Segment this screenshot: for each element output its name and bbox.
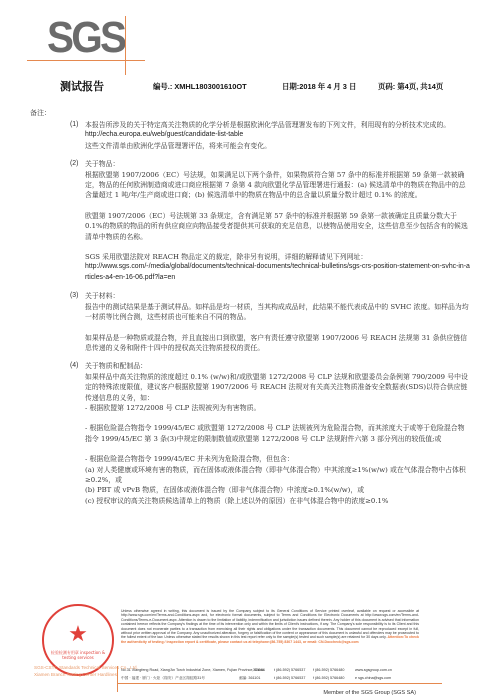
stamp-text: 检验检测专用章 inspection & testing services <box>50 650 106 660</box>
page-footer: ★ 检验检测专用章 inspection & testing services … <box>0 600 500 700</box>
item-number: (4) <box>70 361 78 371</box>
report-header: 测试报告 编号.: XMHL1803001610OT 日期:2018 年 4 月… <box>0 78 500 94</box>
sgs-position-statement-link[interactable]: http://www.sgs.com/-/media/global/docume… <box>70 262 470 283</box>
telephone-cn: t (86-592) 5766537 <box>274 676 305 680</box>
item-paragraph: (c) 授权审议的高关注物质候选清单上的物质（除上述以外的原因）在非气体混合物中… <box>70 496 470 506</box>
item-paragraph: 根据欧盟第 1907/2006（EC）号法规，如果满足以下两个条件，如果物质符合… <box>70 170 470 201</box>
report-title: 测试报告 <box>60 78 104 94</box>
item-heading: 关于物品： <box>70 159 470 169</box>
item-number: (3) <box>70 291 78 301</box>
note-item-2: (2) 关于物品： 根据欧盟第 1907/2006（EC）号法规，如果满足以下两… <box>70 159 470 283</box>
item-number: (2) <box>70 159 78 169</box>
item-heading: 关于材料： <box>70 291 470 301</box>
remark-label: 备注： <box>30 108 51 118</box>
item-paragraph: - 根据欧盟第 1272/2008 号 CLP 法规被列为有害物质。 <box>70 403 470 413</box>
item-paragraph: 本报告所涉及的关于特定高关注物质的化学分析是根据欧洲化学品管理署发布的下列文件，… <box>70 120 470 130</box>
item-paragraph: (a) 对人类健康或环境有害的物质，而在固体或液体混合物（即非气体混合物）中其浓… <box>70 465 470 486</box>
logo-vertical-rule <box>125 16 126 75</box>
note-item-4: (4) 关于物质和配制品： 如果样品中高关注物质的浓度超过 0.1% (w/w)… <box>70 361 470 506</box>
item-paragraph: - 根据危险混合物指令 1999/45/EC 或欧盟第 1272/2008 号 … <box>70 423 470 444</box>
item-number: (1) <box>70 120 78 130</box>
item-paragraph: - 根据危险混合物指令 1999/45/EC 并未列为危险混合物，但包含： <box>70 454 470 464</box>
item-paragraph: 如果样品中高关注物质的浓度超过 0.1% (w/w)和/或欧盟第 1272/20… <box>70 372 470 403</box>
report-date: 日期:2018 年 4 月 3 日 <box>282 81 356 92</box>
page-indicator: 页码: 第4页, 共14页 <box>378 81 443 92</box>
legal-disclaimer: Unless otherwise agreed in writing, this… <box>121 609 419 644</box>
item-heading: 关于物质和配制品： <box>70 361 470 371</box>
member-statement: Member of the SGS Group (SGS SA) <box>323 690 416 696</box>
address-rule <box>117 683 442 684</box>
address-en: No.31 Xiangfeng Road, Xiang'An Torch Ind… <box>121 668 264 672</box>
postcode-cn: 邮编: 361101 <box>239 676 260 681</box>
star-icon: ★ <box>44 624 112 646</box>
sgs-logo-text: SGS <box>47 12 124 64</box>
item-paragraph: 欧盟第 1907/2006（EC）号法规第 33 条规定，含有满足第 57 条中… <box>70 211 470 242</box>
note-item-3: (3) 关于材料： 报告中的测试结果是基于测试样品。如样品是均一材质，当其构成成… <box>70 291 470 353</box>
item-paragraph: 如果样品是一种物质或混合物，并且直接出口到欧盟，客户有责任遵守欧盟第 1907/… <box>70 333 470 354</box>
echa-link[interactable]: http://echa.europa.eu/web/guest/candidat… <box>70 130 470 140</box>
document-body: (1) 本报告所涉及的关于特定高关注物质的化学分析是根据欧洲化学品管理署发布的下… <box>70 120 470 514</box>
address-cn: 中国 · 福建 · 厦门 · 火炬（翔安）产业区翔虹路31号 <box>121 676 205 681</box>
fax-cn: f (86-592) 5766480 <box>313 676 344 680</box>
disclaimer-text: Unless otherwise agreed in writing, this… <box>121 609 419 639</box>
website-link[interactable]: www.sgsgroup.com.cn <box>355 668 392 672</box>
email-link[interactable]: e sgs.china@sgs.com <box>355 676 391 680</box>
report-number: 编号.: XMHL1803001610OT <box>153 81 247 92</box>
item-note: 这些文件清单由欧洲化学品管理署评估，将来可能会有变化。 <box>70 141 470 151</box>
item-paragraph: SGS 采用欧盟法院对 REACH 物品定义的裁定，除非另有说明，详细的解释请见… <box>70 252 470 262</box>
sgs-logo: SGS <box>27 8 145 68</box>
item-paragraph: (b) PBT 或 vPvB 物质，在固体或液体混合物（即非气体混合物）中浓度≥… <box>70 485 470 495</box>
fax-en: f (86-592) 5766480 <box>313 668 344 672</box>
postcode-en: 361101 <box>253 668 265 672</box>
logo-horizontal-rule <box>27 60 145 61</box>
item-paragraph: 报告中的测试结果是基于测试样品。如样品是均一材质，当其构成成品时，此结果不能代表… <box>70 302 470 323</box>
address-vertical-rule <box>117 666 118 692</box>
note-item-1: (1) 本报告所涉及的关于特定高关注物质的化学分析是根据欧洲化学品管理署发布的下… <box>70 120 470 151</box>
telephone-en: t (86-592) 5766537 <box>274 668 305 672</box>
